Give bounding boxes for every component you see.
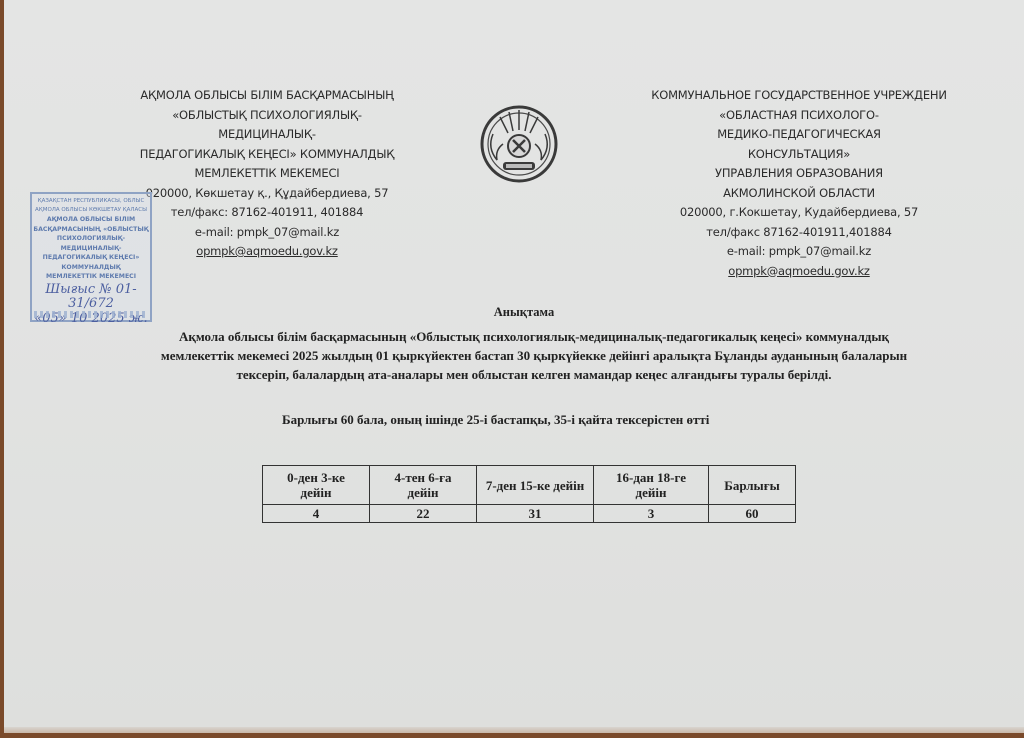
- letterhead-line: МЕДИКО-ПЕДАГОГИЧЕСКАЯ: [644, 125, 954, 145]
- letterhead-phone: тел/факс: 87162-401911, 401884: [122, 203, 412, 223]
- stamp-line: АҚМОЛА ОБЛЫСЫ БІЛІМ: [32, 215, 150, 225]
- stamp-ornament: [34, 311, 148, 318]
- table-cell: 22: [370, 505, 477, 523]
- summary-line: Барлығы 60 бала, оның ішінде 25-і бастап…: [282, 412, 742, 428]
- stamp-outgoing-number: Шығыс № 01-31/672: [32, 283, 150, 311]
- stamp-line: ПСИХОЛОГИЯЛЫҚ-: [32, 234, 150, 244]
- table-header-cell: 16-дан 18-гедейін: [594, 466, 709, 505]
- letterhead-line: «ОБЛЫСТЫҚ ПСИХОЛОГИЯЛЫҚ-: [122, 106, 412, 126]
- table-header-cell: Барлығы: [709, 466, 796, 505]
- letterhead-line: ПЕДАГОГИКАЛЫҚ КЕҢЕСІ» КОММУНАЛДЫҚ: [122, 145, 412, 165]
- document-title: Анықтама: [484, 305, 564, 320]
- stamp-line: ҚАЗАҚСТАН РЕСПУБЛИКАСЫ, ОБЛЫС: [32, 197, 150, 206]
- document-body: Ақмола облысы білім басқармасының «Облыс…: [134, 327, 934, 384]
- table-cell: 60: [709, 505, 796, 523]
- letterhead-email: e-mail: pmpk_07@mail.kz: [122, 223, 412, 243]
- letterhead-line: АКМОЛИНСКОЙ ОБЛАСТИ: [644, 184, 954, 204]
- stamp-line: КОММУНАЛДЫҚ: [32, 263, 150, 273]
- body-line: тексеріп, балалардың ата-аналары мен обл…: [134, 365, 934, 384]
- table-header-cell: 4-тен 6-ғадейін: [370, 466, 477, 505]
- letterhead-kazakh: АҚМОЛА ОБЛЫСЫ БІЛІМ БАСҚАРМАСЫНЫҢ «ОБЛЫС…: [122, 86, 412, 262]
- table-row: 4 22 31 3 60: [263, 505, 796, 523]
- stamp-line: БАСҚАРМАСЫНЫҢ «ОБЛЫСТЫҚ: [32, 225, 150, 235]
- letterhead-email-link[interactable]: opmpk@aqmoedu.gov.kz: [196, 244, 338, 258]
- table-cell: 3: [594, 505, 709, 523]
- letterhead-line: АҚМОЛА ОБЛЫСЫ БІЛІМ БАСҚАРМАСЫНЫҢ: [122, 86, 412, 106]
- letterhead-address: 020000, Көкшетау қ., Құдайбердиева, 57: [122, 184, 412, 204]
- stamp-line: МЕДИЦИНАЛЫҚ-: [32, 244, 150, 254]
- letterhead-line: КОНСУЛЬТАЦИЯ»: [644, 145, 954, 165]
- table-header-cell: 7-ден 15-ке дейін: [477, 466, 594, 505]
- letterhead-line: МЕМЛЕКЕТТІК МЕКЕМЕСІ: [122, 164, 412, 184]
- letterhead-line: «ОБЛАСТНАЯ ПСИХОЛОГО-: [644, 106, 954, 126]
- letterhead-email-link[interactable]: opmpk@aqmoedu.gov.kz: [728, 264, 870, 278]
- body-line: Ақмола облысы білім басқармасының «Облыс…: [134, 327, 934, 346]
- registration-stamp: ҚАЗАҚСТАН РЕСПУБЛИКАСЫ, ОБЛЫС АҚМОЛА ОБЛ…: [30, 192, 152, 322]
- letterhead-line: МЕДИЦИНАЛЫҚ-: [122, 125, 412, 145]
- body-line: мемлекеттік мекемесі 2025 жылдың 01 қырк…: [134, 346, 934, 365]
- table-cell: 4: [263, 505, 370, 523]
- stamp-line: АҚМОЛА ОБЛЫСЫ КӨКШЕТАУ ҚАЛАСЫ: [32, 206, 150, 215]
- letterhead-phone: тел/факс 87162-401911,401884: [644, 223, 954, 243]
- table-header-row: 0-ден 3-кедейін 4-тен 6-ғадейін 7-ден 15…: [263, 466, 796, 505]
- letterhead-line: КОММУНАЛЬНОЕ ГОСУДАРСТВЕННОЕ УЧРЕЖДЕНИ: [644, 86, 954, 106]
- table-header-cell: 0-ден 3-кедейін: [263, 466, 370, 505]
- age-statistics-table: 0-ден 3-кедейін 4-тен 6-ғадейін 7-ден 15…: [262, 465, 796, 523]
- stamp-line: ПЕДАГОГИКАЛЫҚ КЕҢЕСІ»: [32, 253, 150, 263]
- letterhead-address: 020000, г.Кокшетау, Кудайбердиева, 57: [644, 203, 954, 223]
- document-page: АҚМОЛА ОБЛЫСЫ БІЛІМ БАСҚАРМАСЫНЫҢ «ОБЛЫС…: [4, 0, 1024, 733]
- kazakhstan-state-emblem-icon: [479, 104, 559, 184]
- letterhead-line: УПРАВЛЕНИЯ ОБРАЗОВАНИЯ: [644, 164, 954, 184]
- letterhead-email: e-mail: pmpk_07@mail.kz: [644, 242, 954, 262]
- letterhead-russian: КОММУНАЛЬНОЕ ГОСУДАРСТВЕННОЕ УЧРЕЖДЕНИ «…: [644, 86, 954, 281]
- table-cell: 31: [477, 505, 594, 523]
- stamp-line: МЕМЛЕКЕТТІК МЕКЕМЕСІ: [32, 272, 150, 282]
